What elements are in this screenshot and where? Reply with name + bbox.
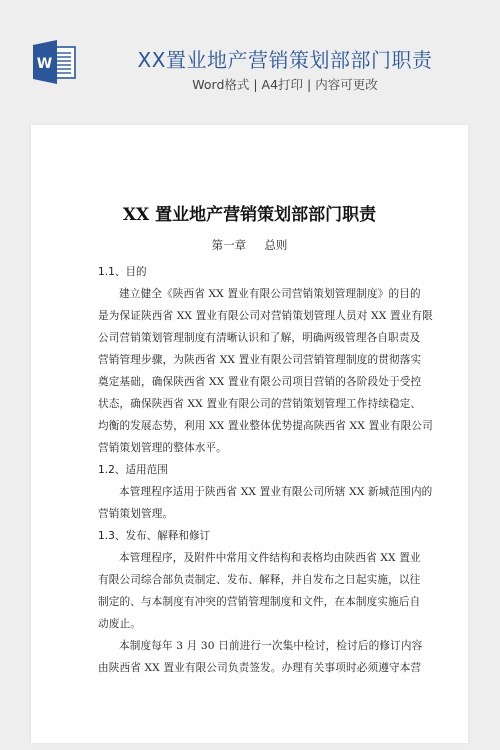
text-line: 营销策划管理。 [98,503,406,525]
word-document-icon: W [31,39,77,85]
text-line: 本制度每年 3 月 30 日前进行一次集中检讨，检讨后的修订内容 [98,635,406,657]
text-line: 本管理程序适用于陕西省 XX 置业有限公司所辖 XX 新城范围内的 [98,481,406,503]
text-line: 奠定基础，确保陕西省 XX 置业有限公司项目营销的各阶段处于受控 [98,371,406,393]
document-title: XX 置业地产营销策划部部门职责 [31,200,468,225]
banner-title: XX置业地产营销策划部部门职责 [120,44,450,73]
text-line: 本管理程序，及附件中常用文件结构和表格均由陕西省 XX 置业 [98,547,406,569]
text-line: 有限公司综合部负责制定、发布、解释，并自发布之日起实施，以往 [98,569,406,591]
text-line: 由陕西省 XX 置业有限公司负责签发。办理有关事项时必须遵守本营 [98,657,406,679]
text-line: 营销策划管理的整体水平。 [98,437,406,459]
text-line: 状态，确保陕西省 XX 置业有限公司的营销策划管理工作持续稳定、 [98,393,406,415]
text-line: 公司营销策划管理制度有清晰认识和了解，明确两级管理各自职责及 [98,327,406,349]
document-page: XX 置业地产营销策划部部门职责 第一章 总则 1.1、目的 建立健全《陕西省 … [31,125,468,743]
banner-subtitle: Word格式 | A4打印 | 内容可更改 [120,75,450,93]
text-line: 是为保证陕西省 XX 置业有限公司对营销策划管理人员对 XX 置业有限 [98,305,406,327]
text-line: 动废止。 [98,613,406,635]
section-heading: 1.2、适用范围 [98,459,406,481]
paragraph: 本制度每年 3 月 30 日前进行一次集中检讨，检讨后的修订内容 由陕西省 XX… [98,635,406,679]
chapter-heading: 第一章 总则 [31,237,468,253]
text-line: 均衡的发展态势，利用 XX 置业整体优势提高陕西省 XX 置业有限公司 [98,415,406,437]
text-line: 建立健全《陕西省 XX 置业有限公司营销策划管理制度》的目的 [98,283,406,305]
svg-text:W: W [37,56,52,72]
paragraph: 本管理程序，及附件中常用文件结构和表格均由陕西省 XX 置业 有限公司综合部负责… [98,547,406,635]
text-line: 制定的、与本制度有冲突的营销管理制度和文件，在本制度实施后自 [98,591,406,613]
section-heading: 1.3、发布、解释和修订 [98,525,406,547]
banner-header: W XX置业地产营销策划部部门职责 Word格式 | A4打印 | 内容可更改 [0,0,500,125]
document-body: 1.1、目的 建立健全《陕西省 XX 置业有限公司营销策划管理制度》的目的 是为… [98,261,406,679]
paragraph: 建立健全《陕西省 XX 置业有限公司营销策划管理制度》的目的 是为保证陕西省 X… [98,283,406,459]
paragraph: 本管理程序适用于陕西省 XX 置业有限公司所辖 XX 新城范围内的 营销策划管理… [98,481,406,525]
text-line: 营销管理步骤，为陕西省 XX 置业有限公司营销管理制度的贯彻落实 [98,349,406,371]
section-heading: 1.1、目的 [98,261,406,283]
